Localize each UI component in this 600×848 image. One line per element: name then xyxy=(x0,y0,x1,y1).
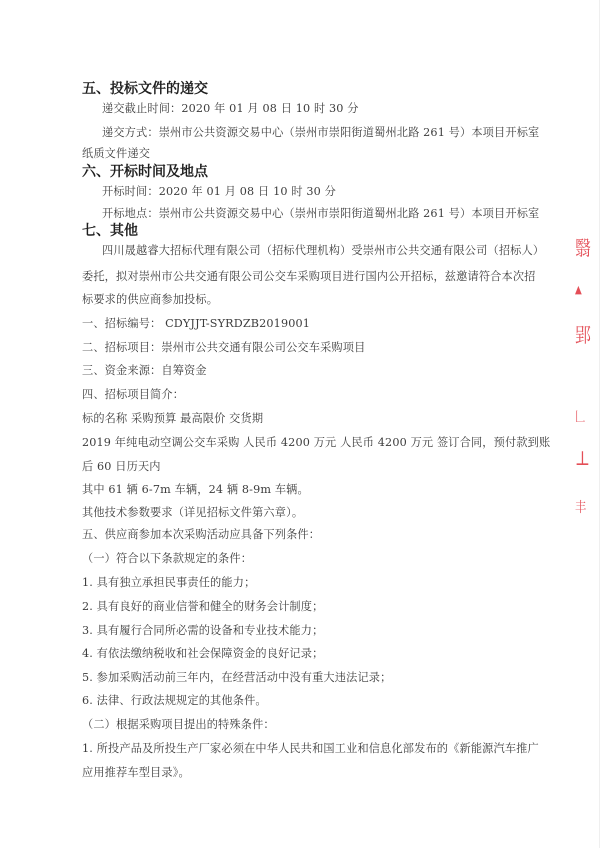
opening-place: 开标地点：崇州市公共资源交易中心（崇州市崇阳街道蜀州北路 261 号）本项目开标… xyxy=(102,207,539,221)
condition-6: 6. 法律、行政法规规定的其他条件。 xyxy=(82,694,267,708)
condition-1: 1. 具有独立承担民事责任的能力； xyxy=(82,576,255,590)
condition-4: 4. 有依法缴纳税收和社会保障资金的良好记录； xyxy=(82,647,323,661)
table-header: 标的名称 采购预算 最高限价 交货期 xyxy=(82,412,263,426)
fund-source: 三、资金来源：自筹资金 xyxy=(82,364,207,378)
intro-line1: 四川晟越睿大招标代理有限公司（招标代理机构）受崇州市公共交通有限公司（招标人） xyxy=(102,244,544,258)
section-heading-submission: 五、投标文件的递交 xyxy=(82,80,208,98)
submission-method-line2: 纸质文件递交 xyxy=(82,147,150,161)
tender-project: 二、招标项目：崇州市公共交通有限公司公交车采购项目 xyxy=(82,341,365,355)
submission-deadline: 递交截止时间：2020 年 01 月 08 日 10 时 30 分 xyxy=(102,102,359,116)
condition-5: 5. 参加采购活动前三年内，在经营活动中没有重大违法记录； xyxy=(82,671,391,685)
opening-time: 开标时间：2020 年 01 月 08 日 10 时 30 分 xyxy=(102,185,336,199)
condition-3: 3. 具有履行合同所必需的设备和专业技术能力； xyxy=(82,624,323,638)
vehicle-breakdown: 其中 61 辆 6-7m 车辆，24 辆 8-9m 车辆。 xyxy=(82,483,309,497)
project-summary-label: 四、招标项目简介： xyxy=(82,388,184,402)
seal-fragment-icon: 丰 xyxy=(575,498,591,518)
tender-number: 一、招标编号： CDYJJT-SYRDZB2019001 xyxy=(82,317,310,331)
intro-line2: 委托，拟对崇州市公共交通有限公司公交车采购项目进行国内公开招标，兹邀请符合本次招 xyxy=(82,270,536,284)
table-row-line2: 后 60 日历天内 xyxy=(82,460,161,474)
seal-fragment-icon: 𠃊 xyxy=(575,408,591,428)
submission-method-line1: 递交方式：崇州市公共资源交易中心（崇州市崇阳街道蜀州北路 261 号）本项目开标… xyxy=(102,126,539,140)
seal-fragment-icon: ⊥ xyxy=(575,448,591,468)
general-conditions-heading: （一）符合以下条款规定的条件： xyxy=(82,552,252,566)
tech-params: 其他技术参数要求（详见招标文件第六章）。 xyxy=(82,506,303,520)
seal-fragment-icon: 郢 xyxy=(575,325,591,345)
special-condition-1-line2: 应用推荐车型目录》。 xyxy=(82,766,190,780)
seal-fragment-icon: 翳 xyxy=(575,238,591,258)
section-heading-other: 七、其他 xyxy=(82,222,138,240)
special-conditions-heading: （二）根据采购项目提出的特殊条件： xyxy=(82,718,275,732)
section-heading-opening: 六、开标时间及地点 xyxy=(82,163,208,181)
seal-fragment-icon: ▲ xyxy=(575,280,591,300)
special-condition-1-line1: 1. 所投产品及所投生产厂家必须在中华人民共和国工业和信息化部发布的《新能源汽车… xyxy=(82,742,539,756)
condition-2: 2. 具有良好的商业信誉和健全的财务会计制度； xyxy=(82,600,323,614)
table-row-line1: 2019 年纯电动空调公交车采购 人民币 4200 万元 人民币 4200 万元… xyxy=(82,436,550,450)
supplier-conditions-heading: 五、供应商参加本次采购活动应具备下列条件： xyxy=(82,528,320,542)
document-page: 五、投标文件的递交 递交截止时间：2020 年 01 月 08 日 10 时 3… xyxy=(0,0,600,848)
intro-line3: 标要求的供应商参加投标。 xyxy=(82,293,218,307)
seam-seal: 翳 ▲ 郢 𠃊 ⊥ 丰 xyxy=(573,230,599,530)
